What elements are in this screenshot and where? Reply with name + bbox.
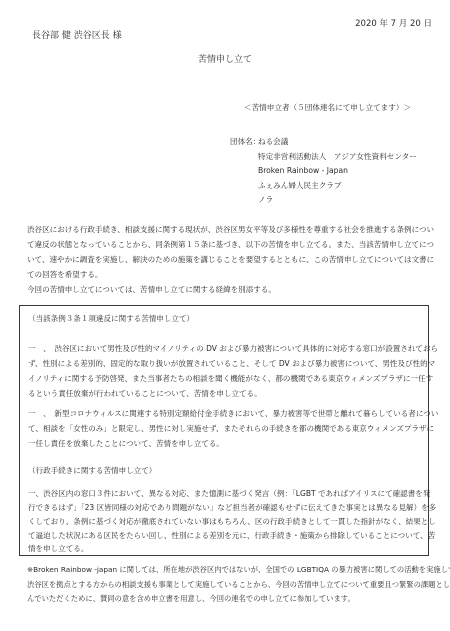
group-name: ねる会議 — [258, 135, 288, 150]
intro-line: いて、速やかに調査を実施し、解決のための施策を講じることを要望するとともに、この… — [27, 252, 427, 267]
intro-line: て違反の状態となっていることから、同条例第１５条に基づき、以下の苦情を申し立てる… — [27, 237, 427, 252]
group-row: ふぇみん婦人民主クラブ — [230, 179, 417, 194]
footnote-line: 渋谷区を拠点とする方からの相談支援も事業として実施していることから、今回の苦情申… — [27, 578, 450, 593]
complaint-line: くしており、条例に基づく対応が徹底されていない事はもちろん、区の行政手続きとして… — [28, 516, 436, 527]
complaint-line: 情を申し立てる。 — [28, 543, 88, 554]
complaint-line: 一、渋谷区内の窓口３件において、異なる対応、また憶測に基づく発言（例：「LGBT… — [28, 488, 430, 499]
group-row: ノラ — [230, 193, 417, 208]
group-row: 特定非営利活動法人 アジア女性資料センター — [230, 150, 417, 165]
complaint-line: るという責任放棄が行われていることについて、苦情を申し立てる。 — [28, 388, 262, 399]
complaint-line: ず、性別による差別的、固定的な取り扱いが放置されていること、そして DV および… — [28, 358, 435, 369]
addressee: 長谷部 健 渋谷区長 様 — [32, 28, 122, 41]
group-name: ノラ — [258, 193, 273, 208]
group-row: Broken Rainbow - Japan — [230, 164, 417, 179]
group-name: ふぇみん婦人民主クラブ — [258, 179, 342, 194]
section-heading: （当該条例３条１項違反に関する苦情申し立て） — [28, 313, 194, 324]
document-title: 苦情申し立て — [0, 52, 450, 65]
applicant-groups: 団体名： ねる会議 特定非営利活動法人 アジア女性資料センター Broken R… — [230, 135, 417, 208]
complaint-line: 一 、 新型コロナウィルスに関連する特別定額給付金手続きにおいて、暴力被害等で世… — [28, 408, 438, 419]
intro-line: ての回答を希望する。 — [27, 267, 427, 282]
complaints-box: （当該条例３条１項違反に関する苦情申し立て） 一 、 渋谷区において男性及び性的… — [19, 305, 429, 556]
document-date: 2020 年 7 月 20 日 — [355, 17, 432, 29]
complaint-line: て逼迫した状況にある区民をたらい回し、性別による差別を元に、行政手続き・施策から… — [28, 530, 435, 541]
group-name: 特定非営利活動法人 アジア女性資料センター — [258, 150, 417, 165]
complaint-line: て、相談を「女性のみ」と限定し、男性に対し実施せず、またそれらの手続きを都の機関… — [28, 423, 434, 434]
footnote-line: ※Broken Rainbow -japan に関しては、所在地が渋谷区内ではな… — [27, 563, 450, 578]
complaint-line: イノリティに関する予防啓発、また当事者たちの相談を聞く機能がなく、都の機関である… — [28, 373, 433, 384]
group-name: Broken Rainbow - Japan — [258, 164, 348, 179]
group-row: 団体名： ねる会議 — [230, 135, 417, 150]
section-heading: （行政手続きに関する苦情申し立て） — [28, 465, 156, 476]
intro-paragraph: 渋谷区における行政手続き、相談支援に関する現状が、渋谷区男女平等及び多様性を尊重… — [27, 222, 427, 297]
complaint-line: 一任し責任を放棄したことについて、苦情を申し立てる。 — [28, 438, 224, 449]
intro-line: 今回の苦情申し立てについては、苦情申し立てに関する経緯を別添する。 — [27, 282, 427, 297]
groups-label: 団体名： — [230, 135, 258, 150]
complaint-line: 一 、 渋谷区において男性及び性的マイノリティの DV および暴力被害について具… — [28, 343, 438, 354]
footnote: ※Broken Rainbow -japan に関しては、所在地が渋谷区内ではな… — [27, 563, 450, 607]
intro-line: 渋谷区における行政手続き、相談支援に関する現状が、渋谷区男女平等及び多様性を尊重… — [27, 222, 427, 237]
complaint-line: 行できるはず」「23 区皆同様の対応であり問題がない」など担当者が確認もせずに伝… — [28, 502, 436, 513]
footnote-line: んでいただくために、賛同の意を含め申立書を用意し、今回の連名での申し立てに参加し… — [27, 592, 450, 607]
applicants-heading: ＜苦情申立者（５団体連名にて申し立てます）＞ — [244, 102, 411, 113]
